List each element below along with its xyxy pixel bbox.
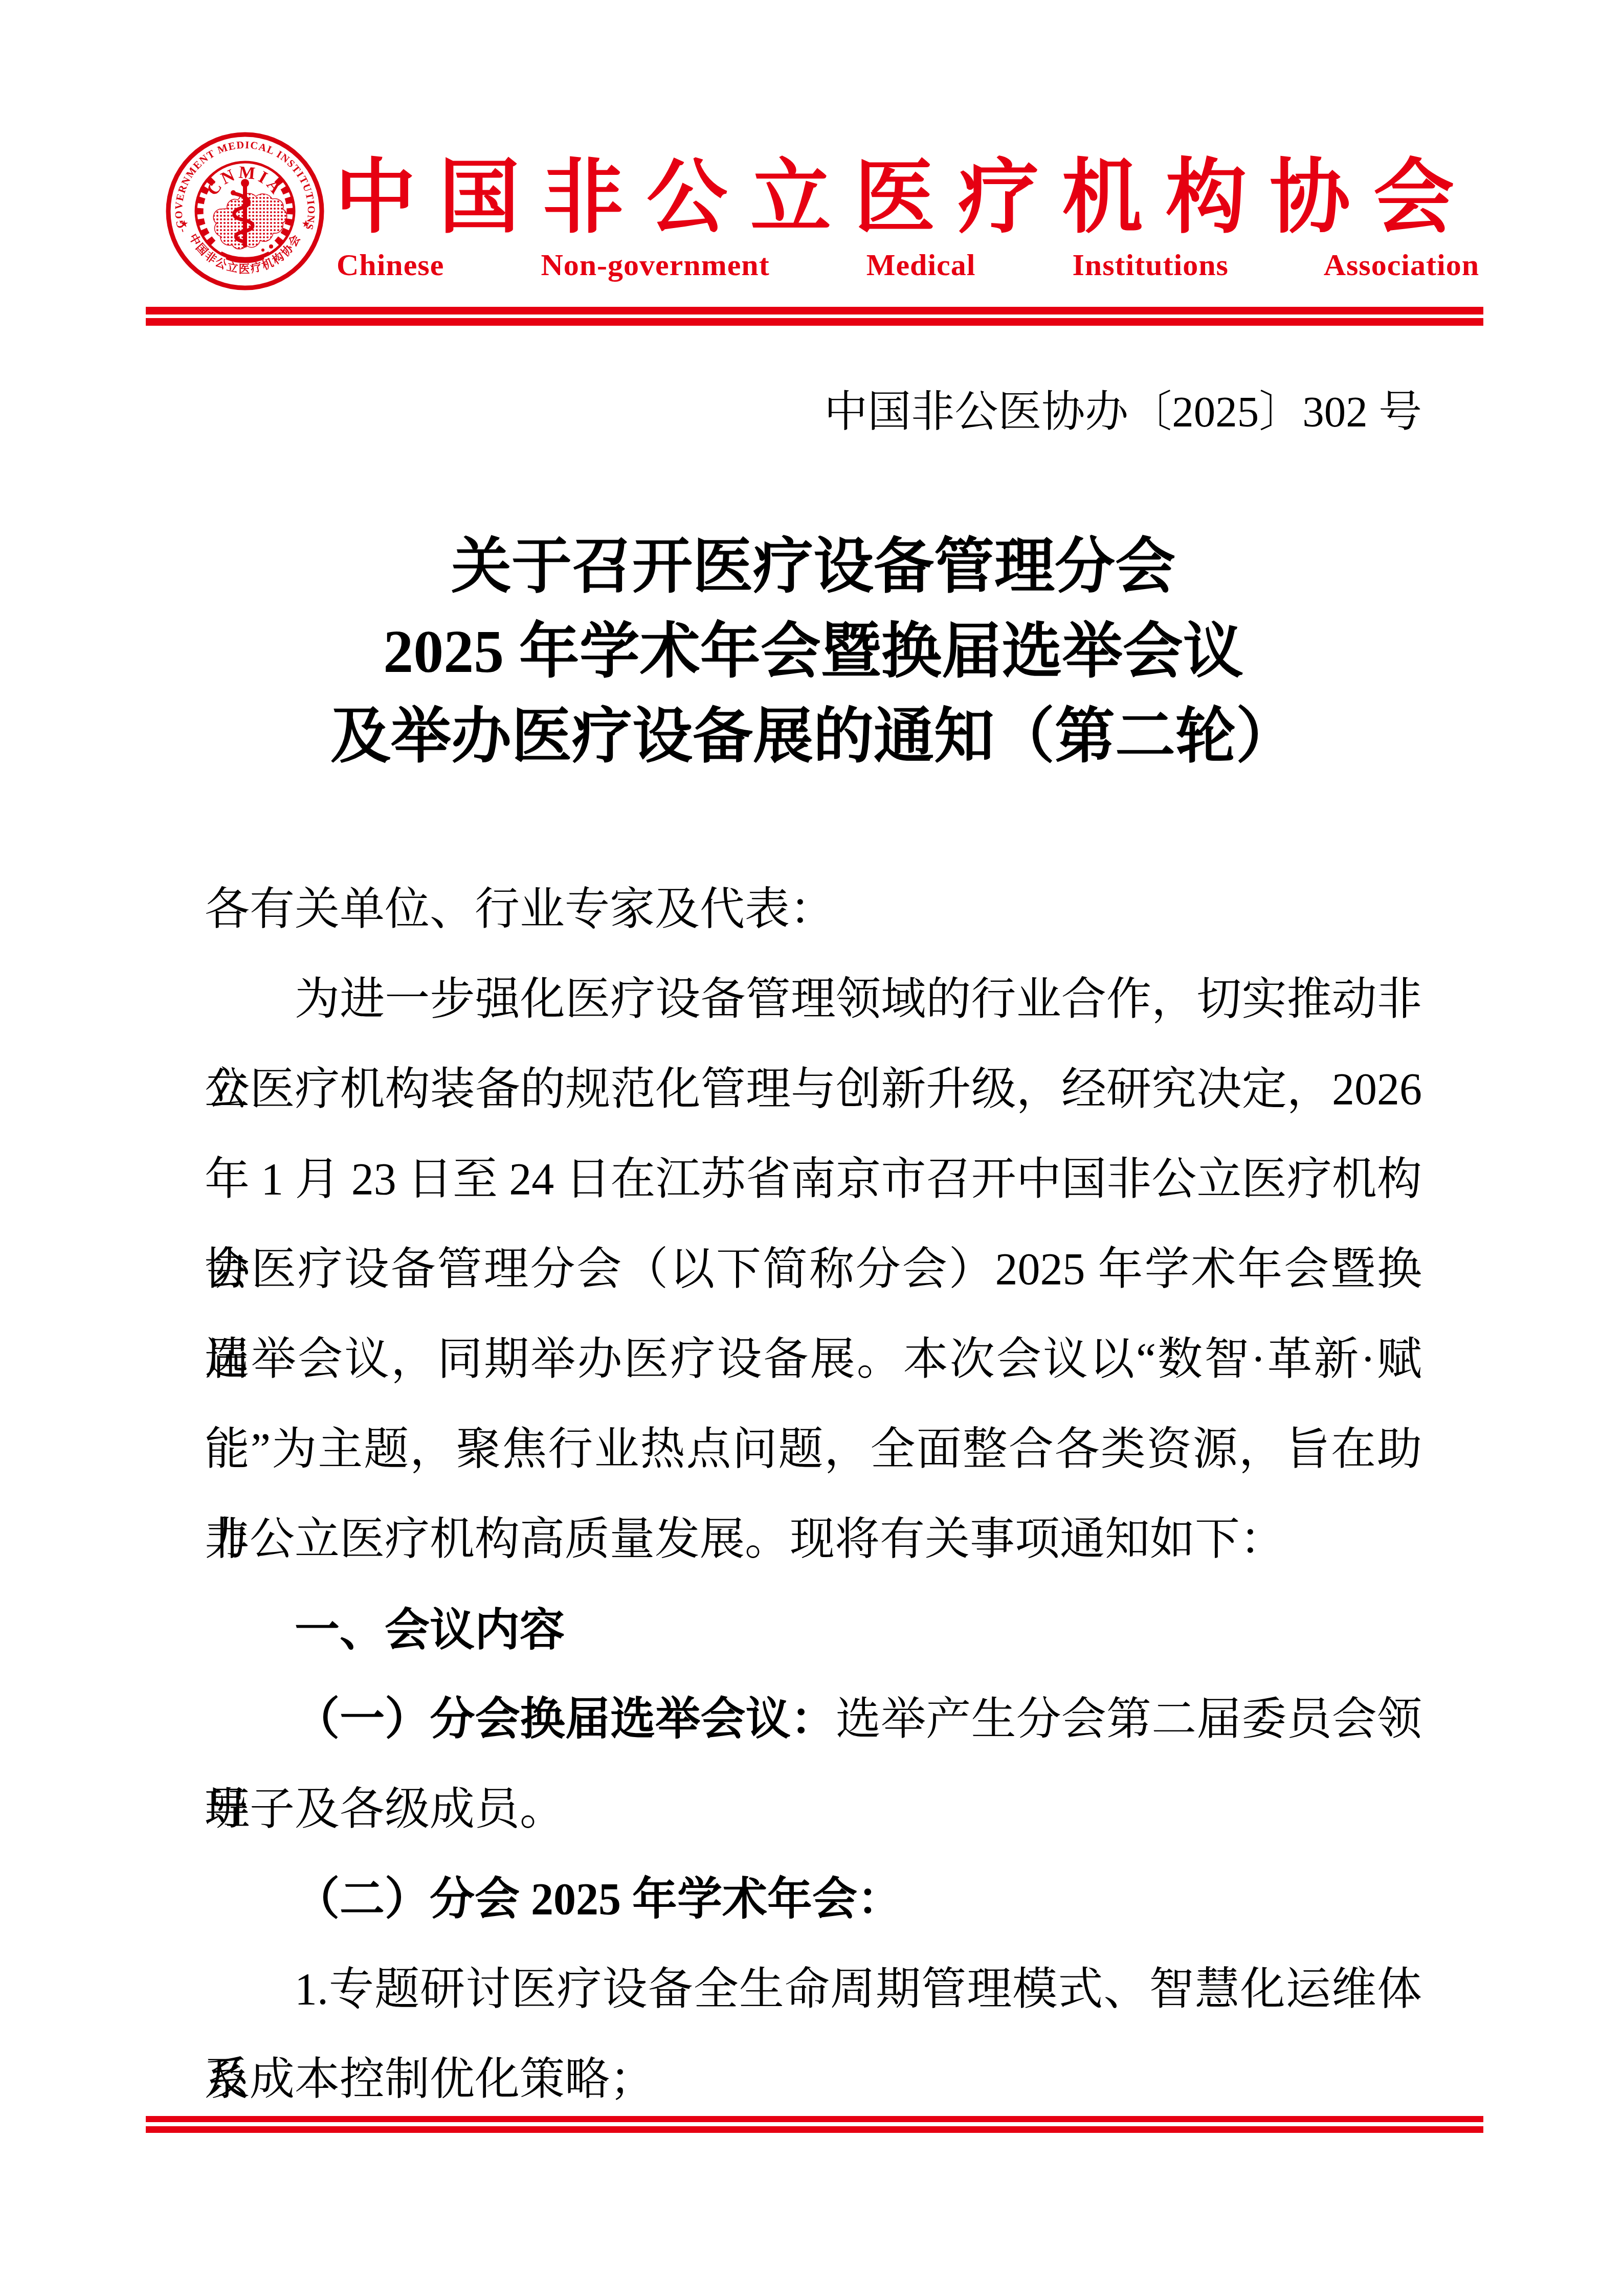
serpent-head-graphic — [231, 190, 236, 195]
body-line: 班子及各级成员。 — [205, 1765, 1422, 1855]
item-heading: （二）分会 2025 年学术年会： — [205, 1855, 1422, 1945]
title-line-1: 关于召开医疗设备管理分会 — [205, 525, 1422, 610]
association-seal-logo: CHINESE NON-GOVERNMENT MEDICAL INSTITUTI… — [166, 132, 324, 290]
body-line: 及成本控制优化策略； — [205, 2035, 1422, 2125]
body-line: 为进一步强化医疗设备管理领域的行业合作，切实推动非公 — [205, 955, 1422, 1045]
title-line-3: 及举办医疗设备展的通知（第二轮） — [205, 694, 1422, 779]
notice-title: 关于召开医疗设备管理分会 2025 年学术年会暨换届选举会议 及举办医疗设备展的… — [205, 525, 1422, 779]
org-name-english: Chinese Non-government Medical Instituti… — [337, 244, 1479, 285]
section-heading: 一、会议内容 — [205, 1585, 1422, 1675]
header-rule-bottom — [146, 318, 1483, 326]
seal-star-left-icon: ★ — [180, 219, 188, 230]
body-line: 选举会议，同期举办医疗设备展。本次会议以“数智·革新·赋 — [205, 1315, 1422, 1405]
item-lead-bold: （一）分会换届选举会议： — [295, 1695, 836, 1744]
footer-rule-top — [146, 2116, 1483, 2122]
map-island-dot — [269, 244, 273, 249]
notice-body: 各有关单位、行业专家及代表： 为进一步强化医疗设备管理领域的行业合作，切实推动非… — [205, 865, 1422, 2125]
footer-rule-bottom — [146, 2126, 1483, 2133]
body-line: 能”为主题，聚焦行业热点问题，全面整合各类资源，旨在助力 — [205, 1405, 1422, 1495]
body-line: 年 1 月 23 日至 24 日在江苏省南京市召开中国非公立医疗机构协 — [205, 1135, 1422, 1225]
body-line: 立医疗机构装备的规范化管理与创新升级，经研究决定，2026 — [205, 1045, 1422, 1135]
header-rule-top — [146, 307, 1483, 314]
title-line-2: 2025 年学术年会暨换届选举会议 — [205, 610, 1422, 694]
body-line: （一）分会换届选举会议：选举产生分会第二届委员会领导 — [205, 1675, 1422, 1765]
body-line: 会医疗设备管理分会（以下简称分会）2025 年学术年会暨换届 — [205, 1225, 1422, 1315]
document-page: CHINESE NON-GOVERNMENT MEDICAL INSTITUTI… — [0, 0, 1624, 2296]
staff-rod-graphic — [243, 185, 247, 247]
map-island-dot — [261, 249, 264, 252]
salutation-line: 各有关单位、行业专家及代表： — [205, 865, 1422, 955]
document-number: 中国非公医协办〔2025〕302 号 — [205, 384, 1422, 441]
org-name-chinese: 中国非公立医疗机构协会 — [335, 148, 1501, 248]
seal-star-right-icon: ★ — [301, 219, 310, 230]
body-line: 非公立医疗机构高质量发展。现将有关事项通知如下： — [205, 1495, 1422, 1585]
body-line: 1.专题研讨医疗设备全生命周期管理模式、智慧化运维体系 — [205, 1945, 1422, 2035]
